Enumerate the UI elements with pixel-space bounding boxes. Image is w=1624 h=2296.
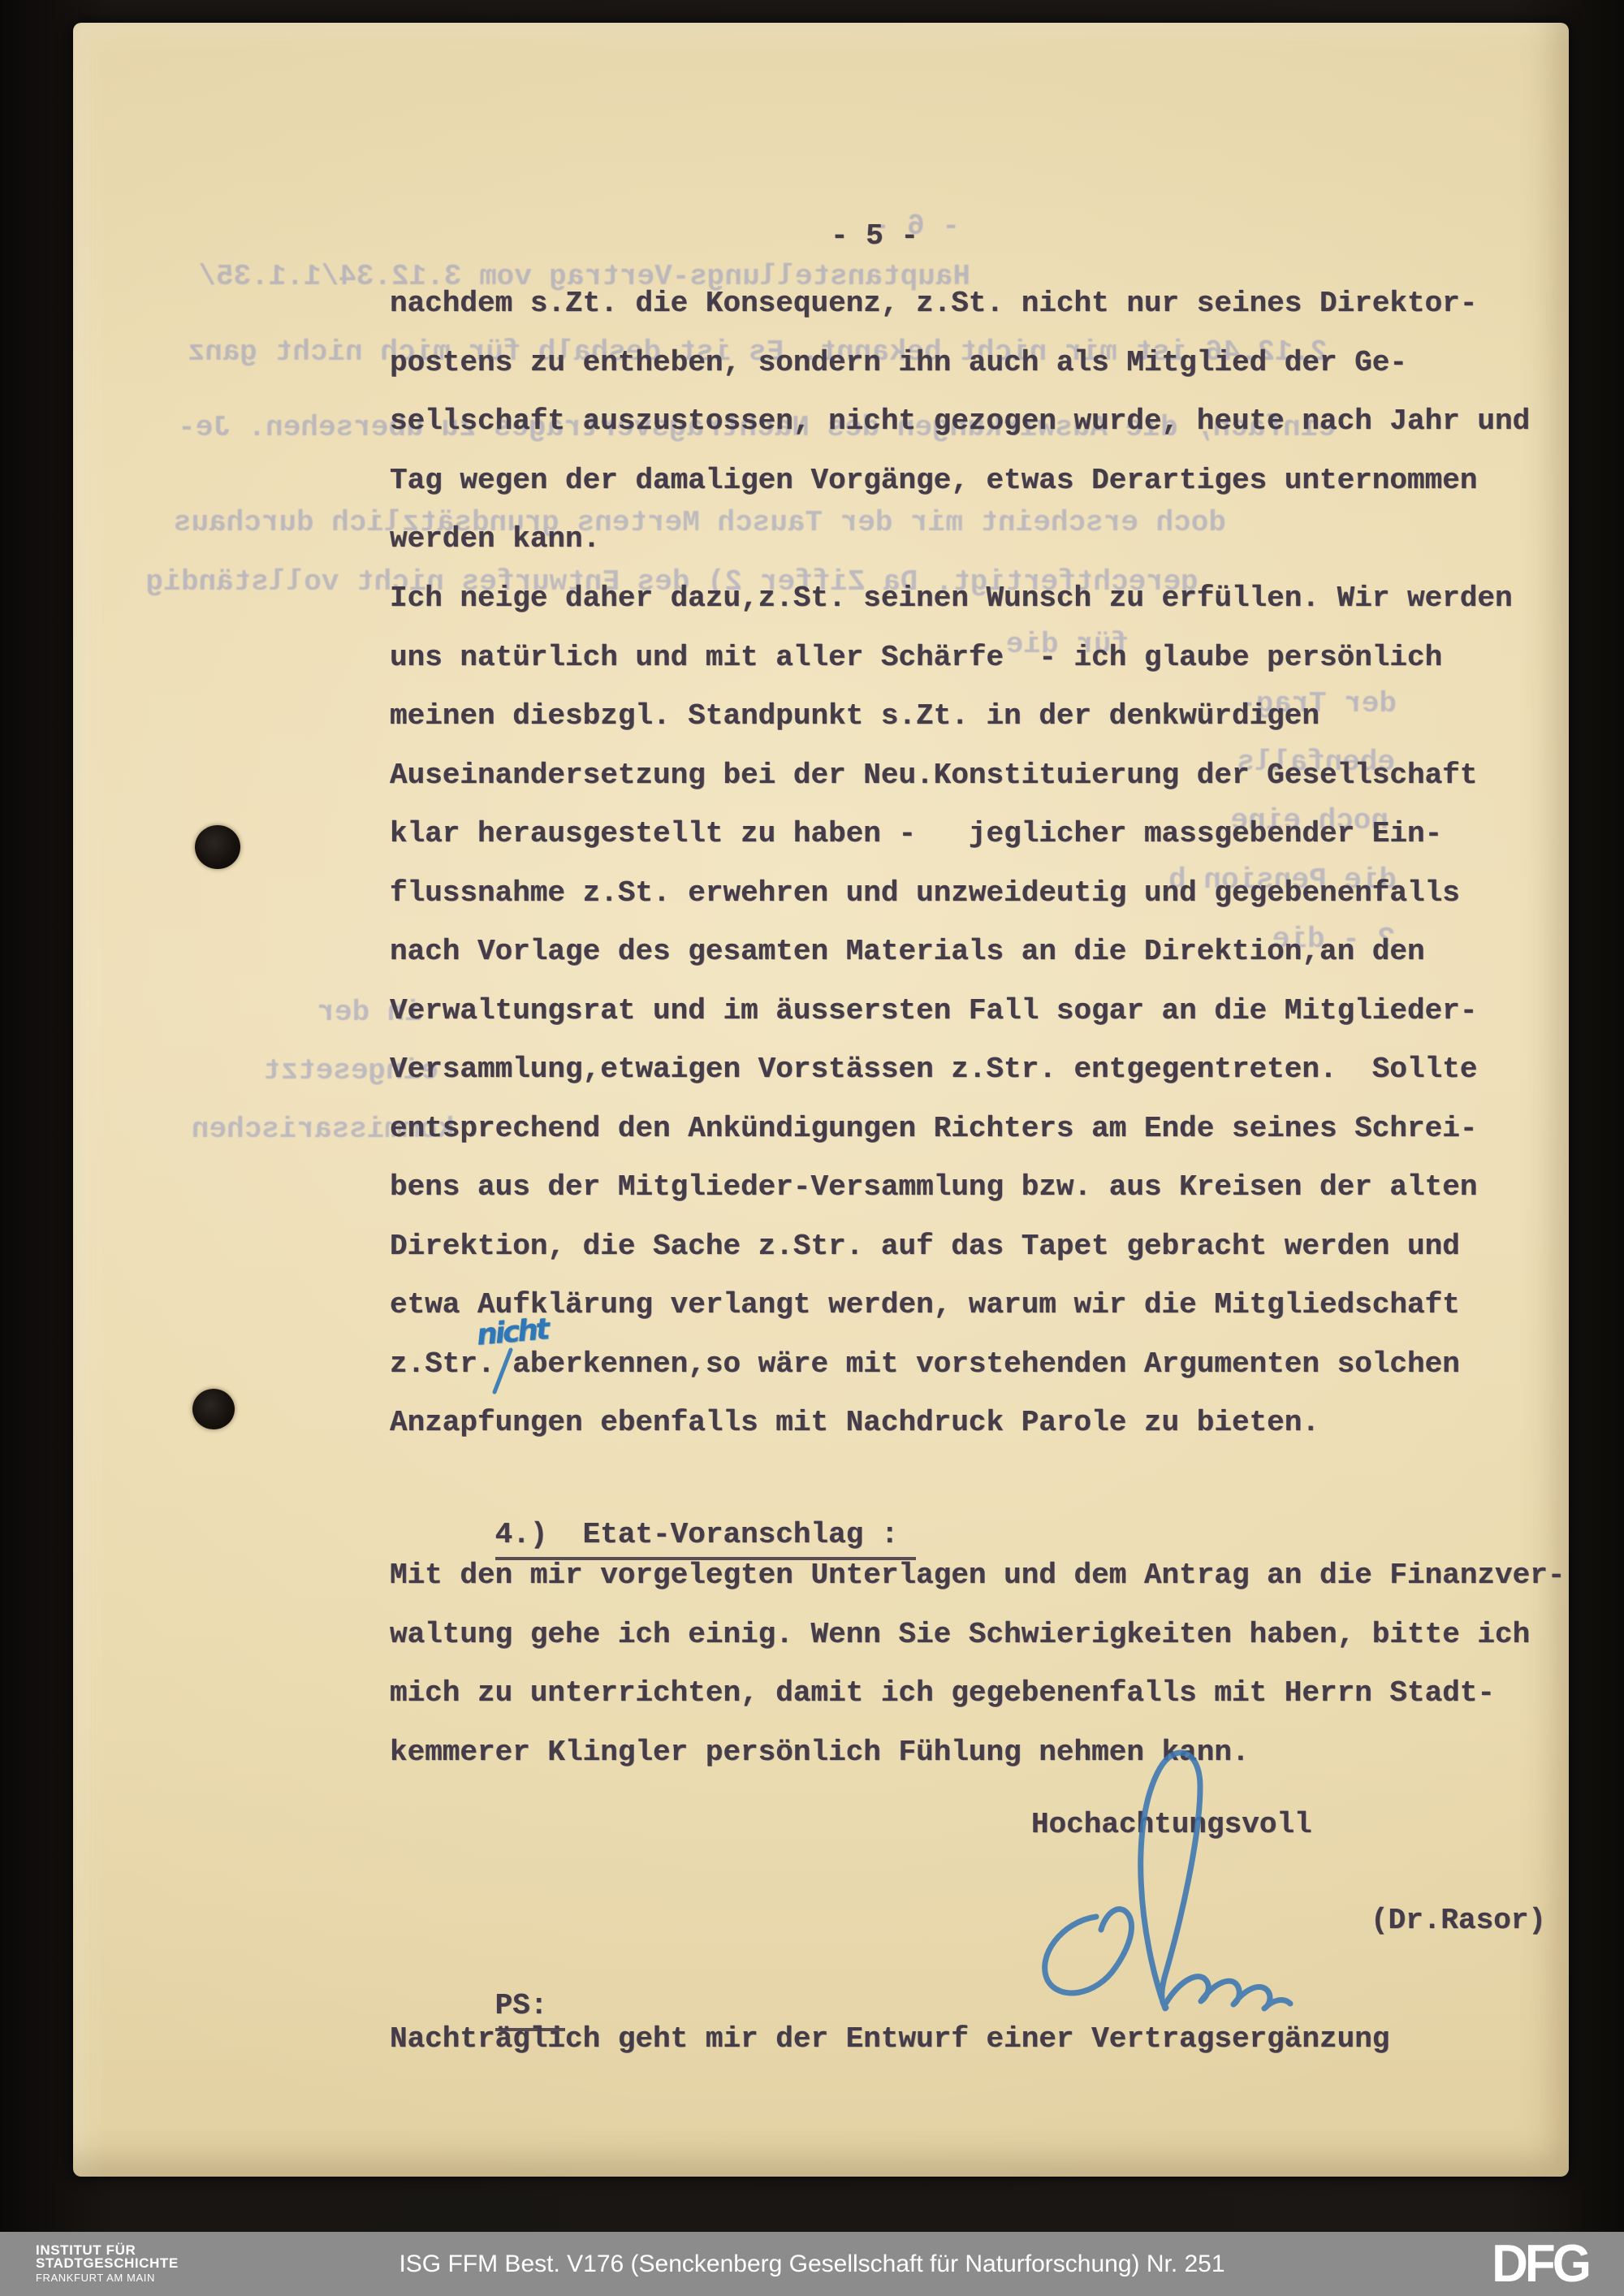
scanned-archive-page: - 6 - Hauptanstellungs-Vertrag vom 3.12.…: [0, 0, 1624, 2296]
typed-line: flussnahme z.St. erwehren und unzweideut…: [390, 864, 1513, 923]
typed-line: bens aus der Mitglieder-Versammlung bzw.…: [390, 1158, 1513, 1217]
archive-reference: ISG FFM Best. V176 (Senckenberg Gesellsc…: [0, 2251, 1624, 2278]
typed-line: Ich neige daher dazu,z.St. seinen Wunsch…: [390, 569, 1513, 629]
page-number: - 5 -: [831, 219, 918, 253]
punch-hole-top: [195, 825, 240, 869]
typed-line: nach Vorlage des gesamten Materials an d…: [390, 923, 1513, 982]
typed-line: nachdem s.Zt. die Konsequenz, z.St. nich…: [390, 275, 1530, 334]
archive-footer-bar: INSTITUT FÜR STADTGESCHICHTE FRANKFURT A…: [0, 2232, 1624, 2296]
signer-name: (Dr.Rasor): [1371, 1904, 1546, 1937]
typed-line: postens zu entheben, sondern ihn auch al…: [390, 334, 1530, 393]
paragraph-2: Ich neige daher dazu,z.St. seinen Wunsch…: [390, 569, 1513, 1453]
punch-hole-bottom: [192, 1389, 235, 1429]
dfg-logo: DFG: [1492, 2233, 1588, 2294]
handwritten-signature: [999, 1728, 1356, 2033]
paragraph-1: nachdem s.Zt. die Konsequenz, z.St. nich…: [390, 275, 1530, 569]
typed-line: Auseinandersetzung bei der Neu.Konstitui…: [390, 746, 1513, 806]
document-page: - 6 - Hauptanstellungs-Vertrag vom 3.12.…: [73, 23, 1569, 2177]
typed-line: Tag wegen der damaligen Vorgänge, etwas …: [390, 452, 1530, 511]
typed-line: klar herausgestellt zu haben - jeglicher…: [390, 805, 1513, 864]
typed-line: kemmerer Klingler persönlich Fühlung neh…: [390, 1723, 1565, 1783]
typed-line: z.Str. aberkennen,so wäre mit vorstehend…: [390, 1335, 1513, 1394]
typed-line: mich zu unterrichten, damit ich gegebene…: [390, 1664, 1565, 1723]
typed-line: werden kann.: [390, 510, 1530, 569]
paragraph-3: Mit den mir vorgelegten Unterlagen und d…: [390, 1546, 1565, 1782]
typed-line: Verwaltungsrat und im äussersten Fall so…: [390, 982, 1513, 1041]
typed-line: Direktion, die Sache z.Str. auf das Tape…: [390, 1217, 1513, 1277]
typed-line: meinen diesbzgl. Standpunkt s.Zt. in der…: [390, 687, 1513, 746]
typed-line: Mit den mir vorgelegten Unterlagen und d…: [390, 1546, 1565, 1606]
insertion-caret-mark: [489, 1345, 516, 1399]
typed-line: entsprechend den Ankündigungen Richters …: [390, 1100, 1513, 1159]
typed-line: waltung gehe ich einig. Wenn Sie Schwier…: [390, 1606, 1565, 1665]
typed-line: uns natürlich und mit aller Schärfe - ic…: [390, 629, 1513, 688]
typed-line: sellschaft auszustossen, nicht gezogen w…: [390, 392, 1530, 452]
ps-line: Nachträglich geht mir der Entwurf einer …: [390, 2022, 1389, 2056]
typed-line: Versammlung,etwaigen Vorstässen z.Str. e…: [390, 1040, 1513, 1100]
typed-line: Anzapfungen ebenfalls mit Nachdruck Paro…: [390, 1394, 1513, 1453]
typed-line: etwa Aufklärung verlangt werden, warum w…: [390, 1276, 1513, 1335]
